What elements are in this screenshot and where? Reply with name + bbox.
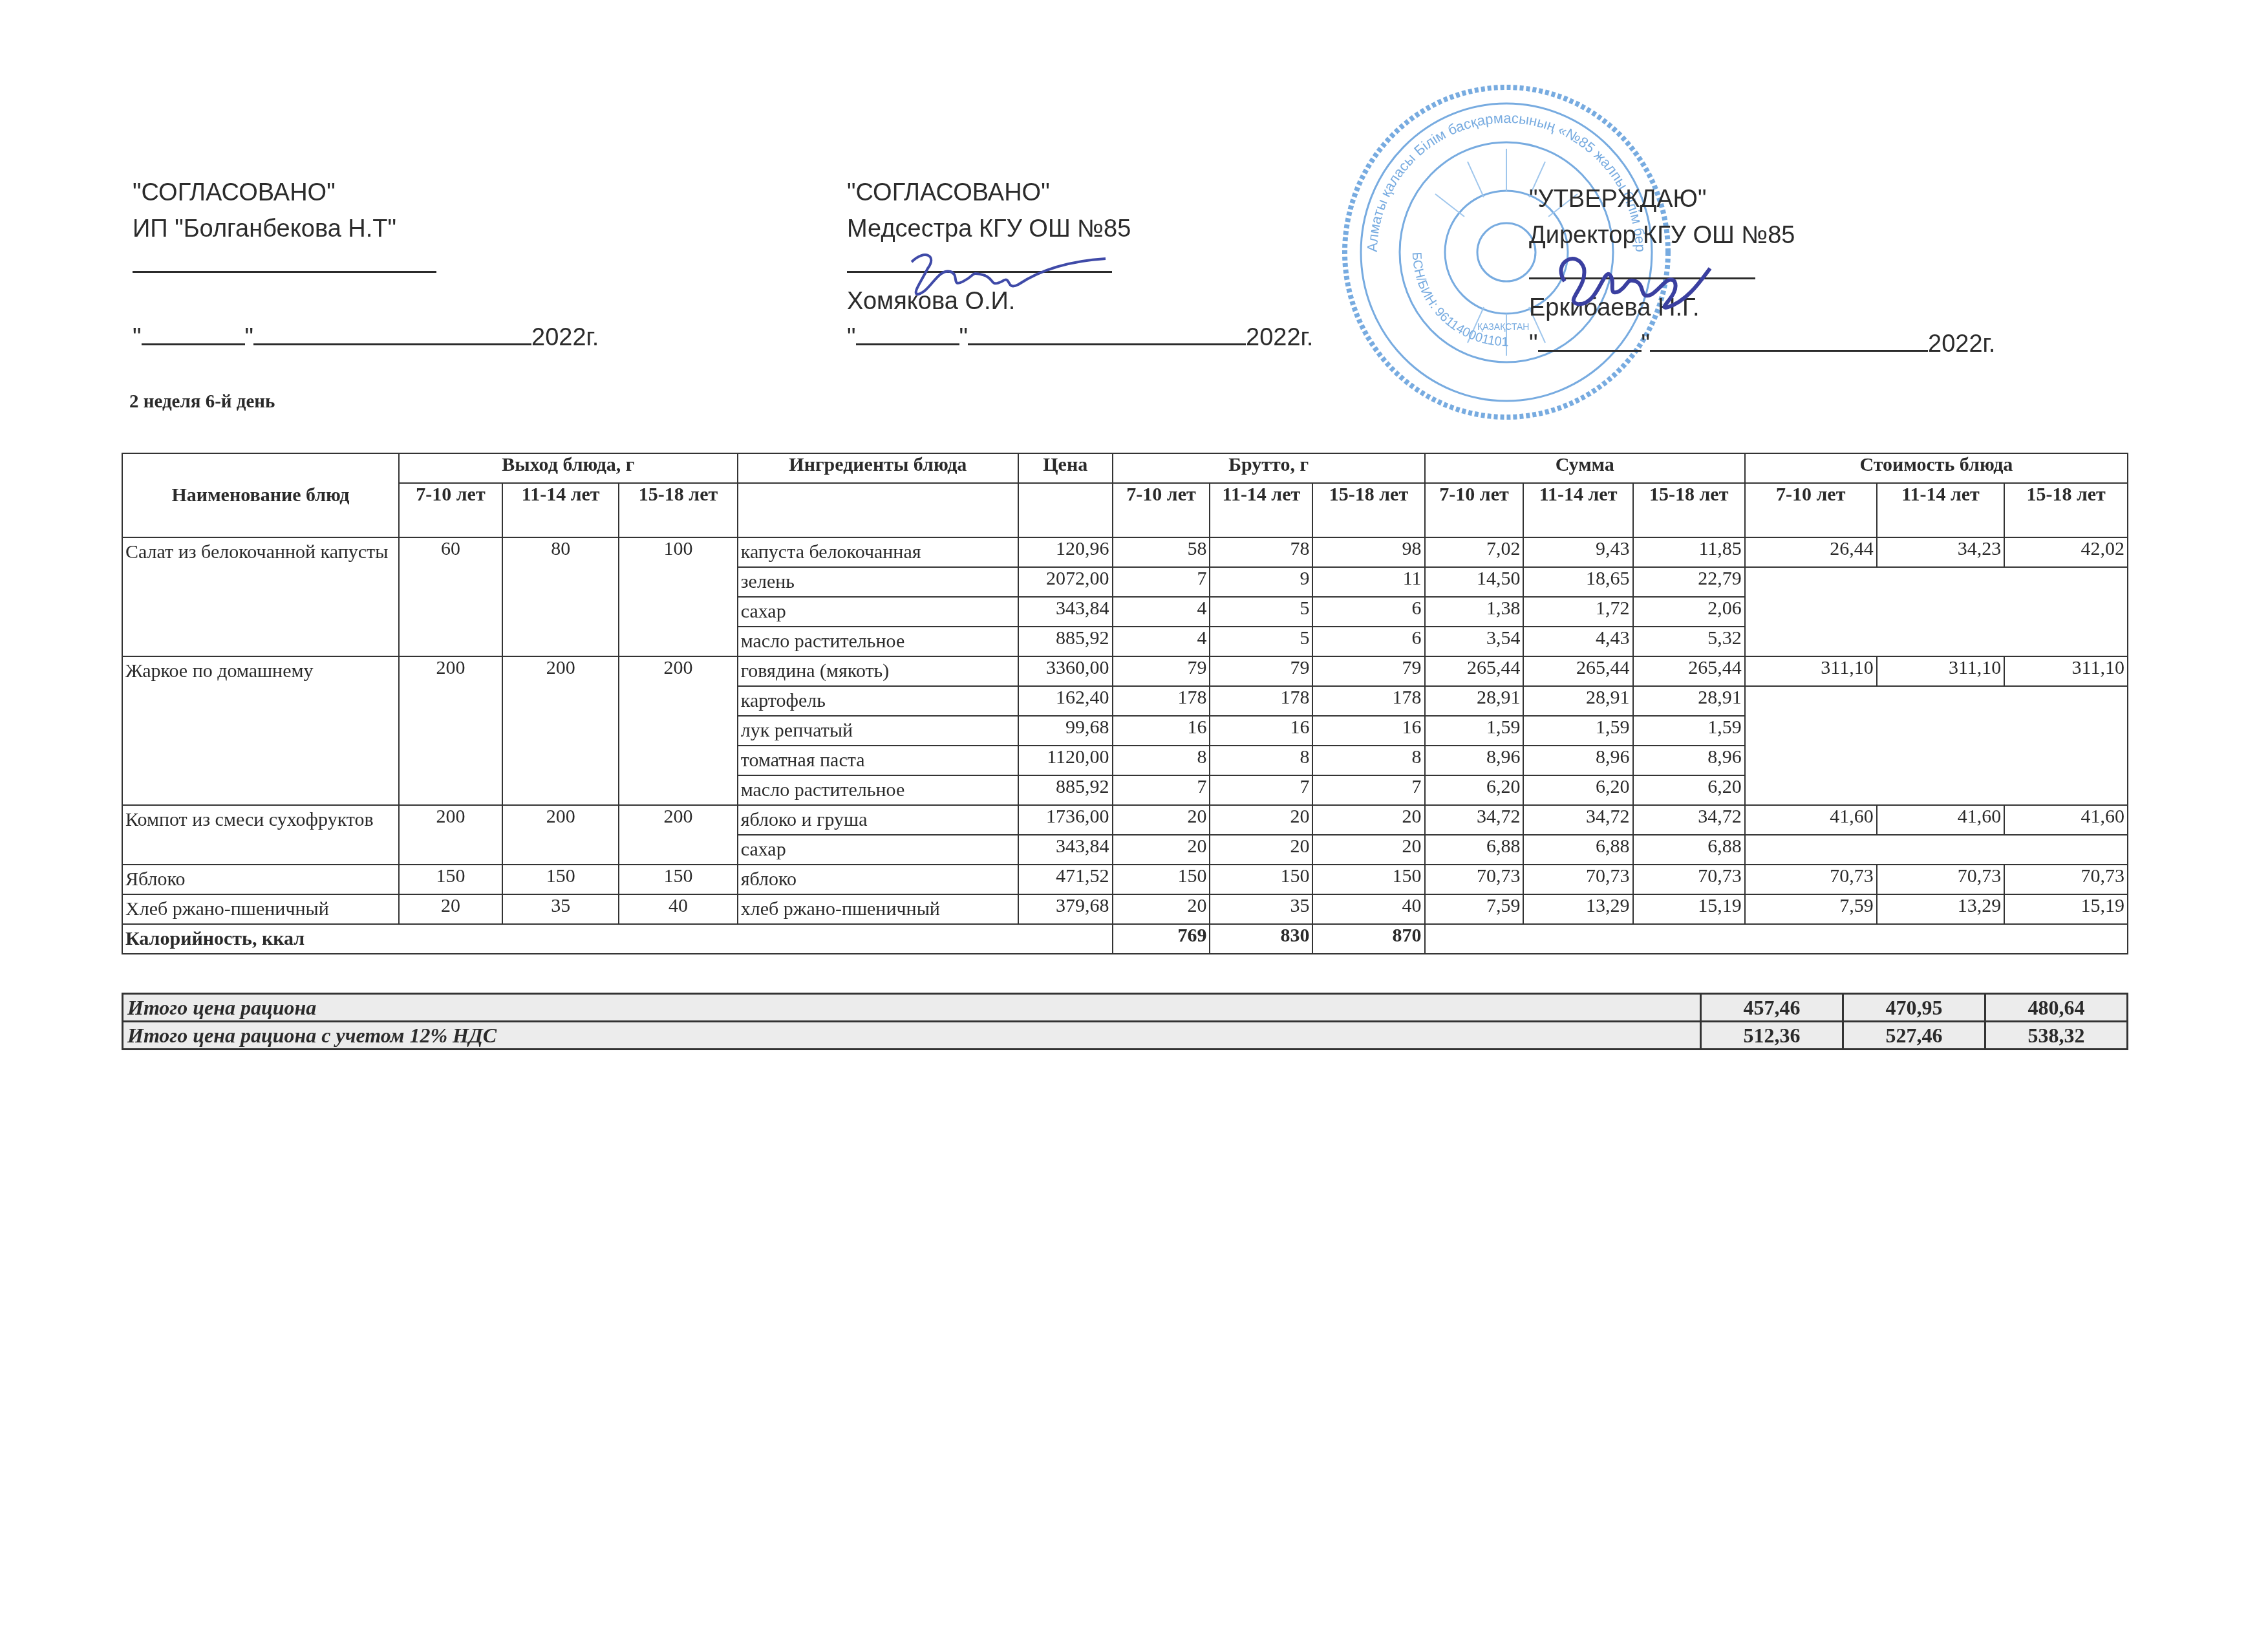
ingredient-price: 99,68 (1018, 716, 1113, 746)
dish-cost: 70,73 (1877, 865, 2005, 894)
ingredient-gross: 4 (1113, 627, 1210, 656)
approval-date-line: ""2022г. (847, 319, 1313, 356)
ingredient-price: 3360,00 (1018, 656, 1113, 686)
ingredient-gross: 79 (1312, 656, 1424, 686)
calories-value: 830 (1210, 924, 1312, 954)
date-quote: " (245, 324, 254, 351)
totals-value: 480,64 (1985, 994, 2128, 1022)
ingredient-gross: 35 (1210, 894, 1312, 924)
totals-row: Итого цена рациона с учетом 12% НДС512,3… (123, 1022, 2128, 1050)
ingredient-gross: 7 (1210, 775, 1312, 805)
ingredient-sum: 34,72 (1523, 805, 1632, 835)
ingredient-gross: 16 (1113, 716, 1210, 746)
ingredient-sum: 1,59 (1425, 716, 1524, 746)
month-blank (968, 320, 1246, 345)
svg-text:ҚАЗАҚСТАН: ҚАЗАҚСТАН (1477, 321, 1529, 332)
ingredient-gross: 150 (1312, 865, 1424, 894)
dish-yield: 40 (619, 894, 737, 924)
date-year: 2022г. (1246, 324, 1313, 351)
totals-value: 512,36 (1701, 1022, 1843, 1050)
ingredient-gross: 8 (1312, 746, 1424, 775)
ingredient-sum: 1,59 (1633, 716, 1745, 746)
ingredient-name: сахар (738, 597, 1018, 627)
ingredient-sum: 5,32 (1633, 627, 1745, 656)
dish-yield: 200 (502, 805, 619, 865)
ingredient-sum: 70,73 (1425, 865, 1524, 894)
week-day-label: 2 неделя 6-й день (129, 391, 275, 413)
ingredient-price: 2072,00 (1018, 567, 1113, 597)
ingredient-sum: 265,44 (1633, 656, 1745, 686)
header-age-7-10: 7-10 лет (1745, 483, 1877, 537)
ingredient-price: 471,52 (1018, 865, 1113, 894)
ingredient-sum: 34,72 (1633, 805, 1745, 835)
header-age-11-14: 11-14 лет (1877, 483, 2005, 537)
header-price-blank (1018, 483, 1113, 537)
date-quote: " (847, 324, 856, 351)
ingredient-sum: 6,20 (1633, 775, 1745, 805)
header-gross: Брутто, г (1113, 453, 1425, 483)
dish-cost: 26,44 (1745, 537, 1877, 567)
ingredient-gross: 20 (1113, 805, 1210, 835)
dish-cost: 70,73 (2004, 865, 2128, 894)
ingredient-sum: 1,38 (1425, 597, 1524, 627)
dish-yield: 80 (502, 537, 619, 656)
ingredient-gross: 20 (1312, 835, 1424, 865)
table-row: Хлеб ржано-пшеничный203540хлеб ржано-пше… (122, 894, 2128, 924)
totals-value: 457,46 (1701, 994, 1843, 1022)
ingredient-name: зелень (738, 567, 1018, 597)
ingredient-sum: 1,59 (1523, 716, 1632, 746)
ingredient-price: 379,68 (1018, 894, 1113, 924)
calories-value: 769 (1113, 924, 1210, 954)
ingredient-gross: 9 (1210, 567, 1312, 597)
ingredient-sum: 6,20 (1425, 775, 1524, 805)
ingredient-gross: 150 (1113, 865, 1210, 894)
ingredient-sum: 265,44 (1425, 656, 1524, 686)
dish-cost: 42,02 (2004, 537, 2128, 567)
dish-yield: 35 (502, 894, 619, 924)
month-blank (1650, 327, 1928, 352)
ingredient-name: сахар (738, 835, 1018, 865)
ingredient-gross: 98 (1312, 537, 1424, 567)
ingredient-gross: 8 (1210, 746, 1312, 775)
dish-yield: 200 (619, 656, 737, 805)
dish-cost: 311,10 (1877, 656, 2005, 686)
ingredient-name: картофель (738, 686, 1018, 716)
date-quote: " (133, 324, 142, 351)
date-year: 2022г. (1928, 330, 1995, 358)
ingredient-price: 343,84 (1018, 597, 1113, 627)
ingredient-gross: 20 (1210, 805, 1312, 835)
ingredient-gross: 20 (1312, 805, 1424, 835)
day-blank (1538, 327, 1642, 352)
ingredient-sum: 4,43 (1523, 627, 1632, 656)
dish-yield: 100 (619, 537, 737, 656)
calories-value: 870 (1312, 924, 1424, 954)
svg-text:БСН/БИН: 961140001101: БСН/БИН: 961140001101 (1409, 252, 1509, 349)
ingredient-gross: 4 (1113, 597, 1210, 627)
ingredient-sum: 22,79 (1633, 567, 1745, 597)
ingredient-sum: 7,59 (1425, 894, 1524, 924)
header-age-11-14: 11-14 лет (502, 483, 619, 537)
ingredient-gross: 5 (1210, 627, 1312, 656)
ingredient-gross: 7 (1113, 775, 1210, 805)
ingredient-sum: 70,73 (1523, 865, 1632, 894)
ingredient-name: лук репчатый (738, 716, 1018, 746)
header-dish-cost: Стоимость блюда (1745, 453, 2128, 483)
totals-label: Итого цена рациона (123, 994, 1701, 1022)
header-age-15-18: 15-18 лет (619, 483, 737, 537)
ingredient-gross: 5 (1210, 597, 1312, 627)
header-age-15-18: 15-18 лет (2004, 483, 2128, 537)
header-yield: Выход блюда, г (399, 453, 738, 483)
ingredient-gross: 79 (1113, 656, 1210, 686)
ingredient-sum: 70,73 (1633, 865, 1745, 894)
ingredient-gross: 20 (1113, 894, 1210, 924)
ingredient-sum: 1,72 (1523, 597, 1632, 627)
ingredient-sum: 265,44 (1523, 656, 1632, 686)
header-age-11-14: 11-14 лет (1523, 483, 1632, 537)
ingredient-sum: 9,43 (1523, 537, 1632, 567)
ingredient-price: 1736,00 (1018, 805, 1113, 835)
signature-line (133, 248, 436, 273)
dish-name: Компот из смеси сухофруктов (122, 805, 399, 865)
dish-name: Хлеб ржано-пшеничный (122, 894, 399, 924)
header-age-7-10: 7-10 лет (1425, 483, 1524, 537)
header-age-7-10: 7-10 лет (1113, 483, 1210, 537)
approval-date-line: ""2022г. (133, 319, 599, 356)
header-age-15-18: 15-18 лет (1633, 483, 1745, 537)
dish-yield: 20 (399, 894, 502, 924)
calories-row: Калорийность, ккал769830870 (122, 924, 2128, 954)
ingredient-gross: 178 (1210, 686, 1312, 716)
ingredient-name: говядина (мякоть) (738, 656, 1018, 686)
approval-block-supplier: "СОГЛАСОВАНО" ИП "Болганбекова Н.Т" ""20… (133, 175, 599, 356)
approval-heading: "СОГЛАСОВАНО" (847, 175, 1313, 211)
totals-table: Итого цена рациона457,46470,95480,64Итог… (122, 993, 2128, 1050)
dish-name: Яблоко (122, 865, 399, 894)
handwritten-signature-icon (1539, 242, 1720, 314)
dish-name: Салат из белокочанной капусты (122, 537, 399, 656)
dish-yield: 150 (502, 865, 619, 894)
ingredient-sum: 8,96 (1425, 746, 1524, 775)
totals-value: 470,95 (1843, 994, 1985, 1022)
ingredient-name: масло растительное (738, 775, 1018, 805)
dish-cost: 13,29 (1877, 894, 2005, 924)
header-ingredients: Ингредиенты блюда (738, 453, 1018, 483)
header-age-7-10: 7-10 лет (399, 483, 502, 537)
totals-label: Итого цена рациона с учетом 12% НДС (123, 1022, 1701, 1050)
ingredient-sum: 8,96 (1633, 746, 1745, 775)
dish-yield: 60 (399, 537, 502, 656)
dish-cost: 70,73 (1745, 865, 1877, 894)
ingredient-price: 162,40 (1018, 686, 1113, 716)
approval-position: Медсестра КГУ ОШ №85 (847, 211, 1313, 247)
dish-yield: 200 (399, 656, 502, 805)
ingredient-sum: 18,65 (1523, 567, 1632, 597)
ingredient-gross: 178 (1312, 686, 1424, 716)
menu-table: Наименование блюд Выход блюда, г Ингреди… (122, 453, 2128, 954)
ingredient-sum: 28,91 (1523, 686, 1632, 716)
dish-cost: 41,60 (1877, 805, 2005, 835)
ingredient-name: яблоко (738, 865, 1018, 894)
ingredient-gross: 150 (1210, 865, 1312, 894)
table-row: Яблоко150150150яблоко471,5215015015070,7… (122, 865, 2128, 894)
approval-date-line: ""2022г. (1529, 326, 1995, 362)
ingredient-price: 885,92 (1018, 627, 1113, 656)
date-quote: " (1529, 330, 1538, 358)
header-price: Цена (1018, 453, 1113, 483)
approval-heading: "СОГЛАСОВАНО" (133, 175, 599, 211)
ingredient-sum: 6,88 (1633, 835, 1745, 865)
ingredient-gross: 40 (1312, 894, 1424, 924)
ingredient-sum: 7,02 (1425, 537, 1524, 567)
ingredient-gross: 16 (1312, 716, 1424, 746)
ingredient-gross: 58 (1113, 537, 1210, 567)
ingredient-name: масло растительное (738, 627, 1018, 656)
dish-yield: 200 (399, 805, 502, 865)
dish-yield: 200 (502, 656, 619, 805)
ingredient-sum: 6,20 (1523, 775, 1632, 805)
dish-cost-blank (1745, 835, 2128, 865)
ingredient-gross: 8 (1113, 746, 1210, 775)
dish-cost: 41,60 (1745, 805, 1877, 835)
ingredient-gross: 7 (1312, 775, 1424, 805)
ingredient-sum: 28,91 (1425, 686, 1524, 716)
ingredient-name: хлеб ржано-пшеничный (738, 894, 1018, 924)
day-blank (856, 320, 959, 345)
date-year: 2022г. (531, 324, 599, 351)
dish-cost-blank (1745, 567, 2128, 656)
ingredient-gross: 20 (1210, 835, 1312, 865)
date-quote: " (1642, 330, 1651, 358)
ingredient-gross: 16 (1210, 716, 1312, 746)
ingredient-sum: 34,72 (1425, 805, 1524, 835)
handwritten-signature-icon (899, 242, 1112, 301)
ingredient-sum: 14,50 (1425, 567, 1524, 597)
dish-cost: 15,19 (2004, 894, 2128, 924)
dish-yield: 150 (619, 865, 737, 894)
ingredient-gross: 6 (1312, 597, 1424, 627)
ingredient-name: капуста белокочанная (738, 537, 1018, 567)
ingredient-sum: 2,06 (1633, 597, 1745, 627)
ingredient-gross: 178 (1113, 686, 1210, 716)
month-blank (253, 320, 531, 345)
ingredient-sum: 3,54 (1425, 627, 1524, 656)
dish-cost: 7,59 (1745, 894, 1877, 924)
header-sum: Сумма (1425, 453, 1745, 483)
ingredient-sum: 8,96 (1523, 746, 1632, 775)
ingredient-sum: 6,88 (1425, 835, 1524, 865)
day-blank (142, 320, 245, 345)
dish-yield: 200 (619, 805, 737, 865)
ingredient-sum: 28,91 (1633, 686, 1745, 716)
dish-cost: 311,10 (1745, 656, 1877, 686)
ingredient-price: 120,96 (1018, 537, 1113, 567)
date-quote: " (959, 324, 968, 351)
ingredient-gross: 78 (1210, 537, 1312, 567)
totals-row: Итого цена рациона457,46470,95480,64 (123, 994, 2128, 1022)
header-ingredients-blank (738, 483, 1018, 537)
totals-value: 527,46 (1843, 1022, 1985, 1050)
ingredient-price: 885,92 (1018, 775, 1113, 805)
approval-heading: "УТВЕРЖДАЮ" (1529, 181, 1995, 217)
dish-cost: 41,60 (2004, 805, 2128, 835)
ingredient-gross: 6 (1312, 627, 1424, 656)
ingredient-sum: 11,85 (1633, 537, 1745, 567)
ingredient-sum: 15,19 (1633, 894, 1745, 924)
header-age-11-14: 11-14 лет (1210, 483, 1312, 537)
dish-cost-blank (1745, 686, 2128, 805)
ingredient-gross: 11 (1312, 567, 1424, 597)
table-row: Жаркое по домашнему200200200говядина (мя… (122, 656, 2128, 686)
totals-value: 538,32 (1985, 1022, 2128, 1050)
approval-org: ИП "Болганбекова Н.Т" (133, 211, 599, 247)
ingredient-sum: 13,29 (1523, 894, 1632, 924)
dish-name: Жаркое по домашнему (122, 656, 399, 805)
header-dish-name: Наименование блюд (122, 453, 399, 537)
calories-blank (1425, 924, 2128, 954)
ingredient-sum: 6,88 (1523, 835, 1632, 865)
menu-table-body: Салат из белокочанной капусты6080100капу… (122, 537, 2128, 954)
calories-label: Калорийность, ккал (122, 924, 1113, 954)
ingredient-name: яблоко и груша (738, 805, 1018, 835)
table-row: Салат из белокочанной капусты6080100капу… (122, 537, 2128, 567)
dish-yield: 150 (399, 865, 502, 894)
header-age-15-18: 15-18 лет (1312, 483, 1424, 537)
ingredient-price: 1120,00 (1018, 746, 1113, 775)
dish-cost: 311,10 (2004, 656, 2128, 686)
ingredient-gross: 7 (1113, 567, 1210, 597)
table-row: Компот из смеси сухофруктов200200200ябло… (122, 805, 2128, 835)
ingredient-gross: 20 (1113, 835, 1210, 865)
ingredient-gross: 79 (1210, 656, 1312, 686)
dish-cost: 34,23 (1877, 537, 2005, 567)
ingredient-price: 343,84 (1018, 835, 1113, 865)
ingredient-name: томатная паста (738, 746, 1018, 775)
